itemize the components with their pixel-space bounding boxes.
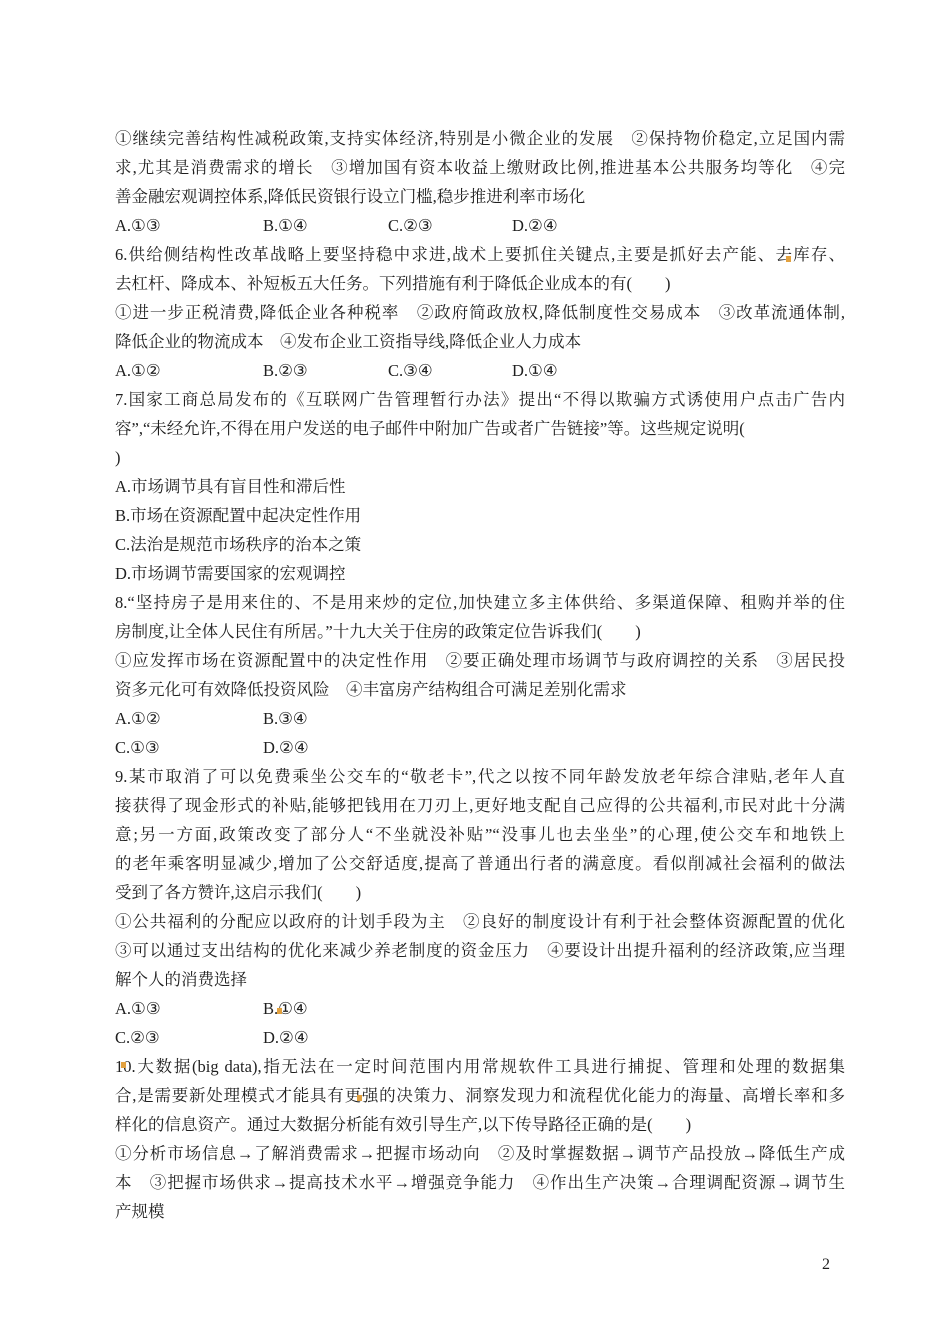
question-9: 9.某市取消了可以免费乘坐公交车的“敬老卡”,代之以按不同年龄发放老年综合津贴,…: [115, 762, 845, 1052]
question-10: 10.大数据(big data),指无法在一定时间范围内用常规软件工具进行捕捉、…: [115, 1052, 845, 1226]
question-line: 本 ③把握市场供求→提高技术水平→增强竞争能力 ④作出生产决策→合理调配资源→调…: [115, 1168, 845, 1197]
question-line: 受到了各方赞许,这启示我们( ): [115, 878, 845, 907]
option-d: D.①④: [512, 356, 558, 385]
annotation-dot: [121, 1062, 126, 1068]
question-line: ): [115, 443, 845, 472]
question-line: 合,是需要新处理模式才能具有更强的决策力、洞察发现力和流程优化能力的海量、高增长…: [115, 1081, 845, 1110]
option-c: C.③④: [388, 356, 433, 385]
question-line: ①继续完善结构性减税政策,支持实体经济,特别是小微企业的发展 ②保持物价稳定,立…: [115, 124, 845, 153]
options-row: A.①③ B.①④ C.②③ D.②④: [115, 211, 845, 240]
question-line: ①应发挥市场在资源配置中的决定性作用 ②要正确处理市场调节与政府调控的关系 ③居…: [115, 646, 845, 675]
option-a: A.①②: [115, 704, 161, 733]
question-line: 的老年乘客明显减少,增加了公交舒适度,提高了普通出行者的满意度。看似削减社会福利…: [115, 849, 845, 878]
text-block: ①继续完善结构性减税政策,支持实体经济,特别是小微企业的发展 ②保持物价稳定,立…: [115, 124, 845, 1226]
annotation-dot: [786, 256, 791, 262]
annotation-dot: [277, 1008, 282, 1014]
question-line: 善金融宏观调控体系,降低民资银行设立门槛,稳步推进利率市场化: [115, 182, 845, 211]
annotation-dot: [357, 1095, 362, 1101]
question-line: 资多元化可有效降低投资风险 ④丰富房产结构组合可满足差别化需求: [115, 675, 845, 704]
question-line: 9.某市取消了可以免费乘坐公交车的“敬老卡”,代之以按不同年龄发放老年综合津贴,…: [115, 762, 845, 791]
option-b: B.①④: [263, 211, 308, 240]
option-d: D.市场调节需要国家的宏观调控: [115, 559, 845, 588]
option-a: A.①③: [115, 211, 161, 240]
question-line: ①进一步正税清费,降低企业各种税率 ②政府简政放权,降低制度性交易成本 ③改革流…: [115, 298, 845, 327]
question-line: 6.供给侧结构性改革战略上要坚持稳中求进,战术上要抓住关键点,主要是抓好去产能、…: [115, 240, 845, 269]
question-line: ①分析市场信息→了解消费需求→把握市场动向 ②及时掌握数据→调节产品投放→降低生…: [115, 1139, 845, 1168]
option-c: C.法治是规范市场秩序的治本之策: [115, 530, 845, 559]
option-c: C.②③: [115, 1023, 160, 1052]
option-a: A.①③: [115, 994, 161, 1023]
question-line: 样化的信息资产。通过大数据分析能有效引导生产,以下传导路径正确的是( ): [115, 1110, 845, 1139]
option-b: B.③④: [263, 704, 308, 733]
options-row: A.①② B.③④: [115, 704, 845, 733]
document-page: ①继续完善结构性减税政策,支持实体经济,特别是小微企业的发展 ②保持物价稳定,立…: [0, 0, 950, 1344]
option-d: D.②④: [263, 1023, 309, 1052]
option-d: D.②④: [263, 733, 309, 762]
option-c: C.①③: [115, 733, 160, 762]
option-d: D.②④: [512, 211, 558, 240]
question-7: 7.国家工商总局发布的《互联网广告管理暂行办法》提出“不得以欺骗方式诱使用户点击…: [115, 385, 845, 588]
question-line: 10.大数据(big data),指无法在一定时间范围内用常规软件工具进行捕捉、…: [115, 1052, 845, 1081]
options-row: C.①③ D.②④: [115, 733, 845, 762]
question-8: 8.“坚持房子是用来住的、不是用来炒的定位,加快建立多主体供给、多渠道保障、租购…: [115, 588, 845, 762]
question-5-continued: ①继续完善结构性减税政策,支持实体经济,特别是小微企业的发展 ②保持物价稳定,立…: [115, 124, 845, 240]
options-row: A.①③ B.①④: [115, 994, 845, 1023]
question-line: 产规模: [115, 1197, 845, 1226]
question-line: 8.“坚持房子是用来住的、不是用来炒的定位,加快建立多主体供给、多渠道保障、租购…: [115, 588, 845, 617]
options-row: A.①② B.②③ C.③④ D.①④: [115, 356, 845, 385]
question-line: ③可以通过支出结构的优化来减少养老制度的资金压力 ④要设计出提升福利的经济政策,…: [115, 936, 845, 965]
question-line: 解个人的消费选择: [115, 965, 845, 994]
question-line: 房制度,让全体人民住有所居。”十九大关于住房的政策定位告诉我们( ): [115, 617, 845, 646]
option-b: B.市场在资源配置中起决定性作用: [115, 501, 845, 530]
question-line: ①公共福利的分配应以政府的计划手段为主 ②良好的制度设计有利于社会整体资源配置的…: [115, 907, 845, 936]
option-b: B.②③: [263, 356, 308, 385]
question-line: 求,尤其是消费需求的增长 ③增加国有资本收益上缴财政比例,推进基本公共服务均等化…: [115, 153, 845, 182]
question-line: 7.国家工商总局发布的《互联网广告管理暂行办法》提出“不得以欺骗方式诱使用户点击…: [115, 385, 845, 414]
question-line: 去杠杆、降成本、补短板五大任务。下列措施有利于降低企业成本的有( ): [115, 269, 845, 298]
page-number: 2: [822, 1256, 830, 1274]
question-line: 容”,“未经允许,不得在用户发送的电子邮件中附加广告或者广告链接”等。这些规定说…: [115, 414, 845, 443]
option-a: A.①②: [115, 356, 161, 385]
question-line: 意;另一方面,政策改变了部分人“不坐就没补贴”“没事儿也去坐坐”的心理,使公交车…: [115, 820, 845, 849]
options-row: C.②③ D.②④: [115, 1023, 845, 1052]
question-6: 6.供给侧结构性改革战略上要坚持稳中求进,战术上要抓住关键点,主要是抓好去产能、…: [115, 240, 845, 385]
question-line: 接获得了现金形式的补贴,能够把钱用在刀刃上,更好地支配自己应得的公共福利,市民对…: [115, 791, 845, 820]
option-c: C.②③: [388, 211, 433, 240]
option-a: A.市场调节具有盲目性和滞后性: [115, 472, 845, 501]
question-line: 降低企业的物流成本 ④发布企业工资指导线,降低企业人力成本: [115, 327, 845, 356]
option-b: B.①④: [263, 994, 308, 1023]
